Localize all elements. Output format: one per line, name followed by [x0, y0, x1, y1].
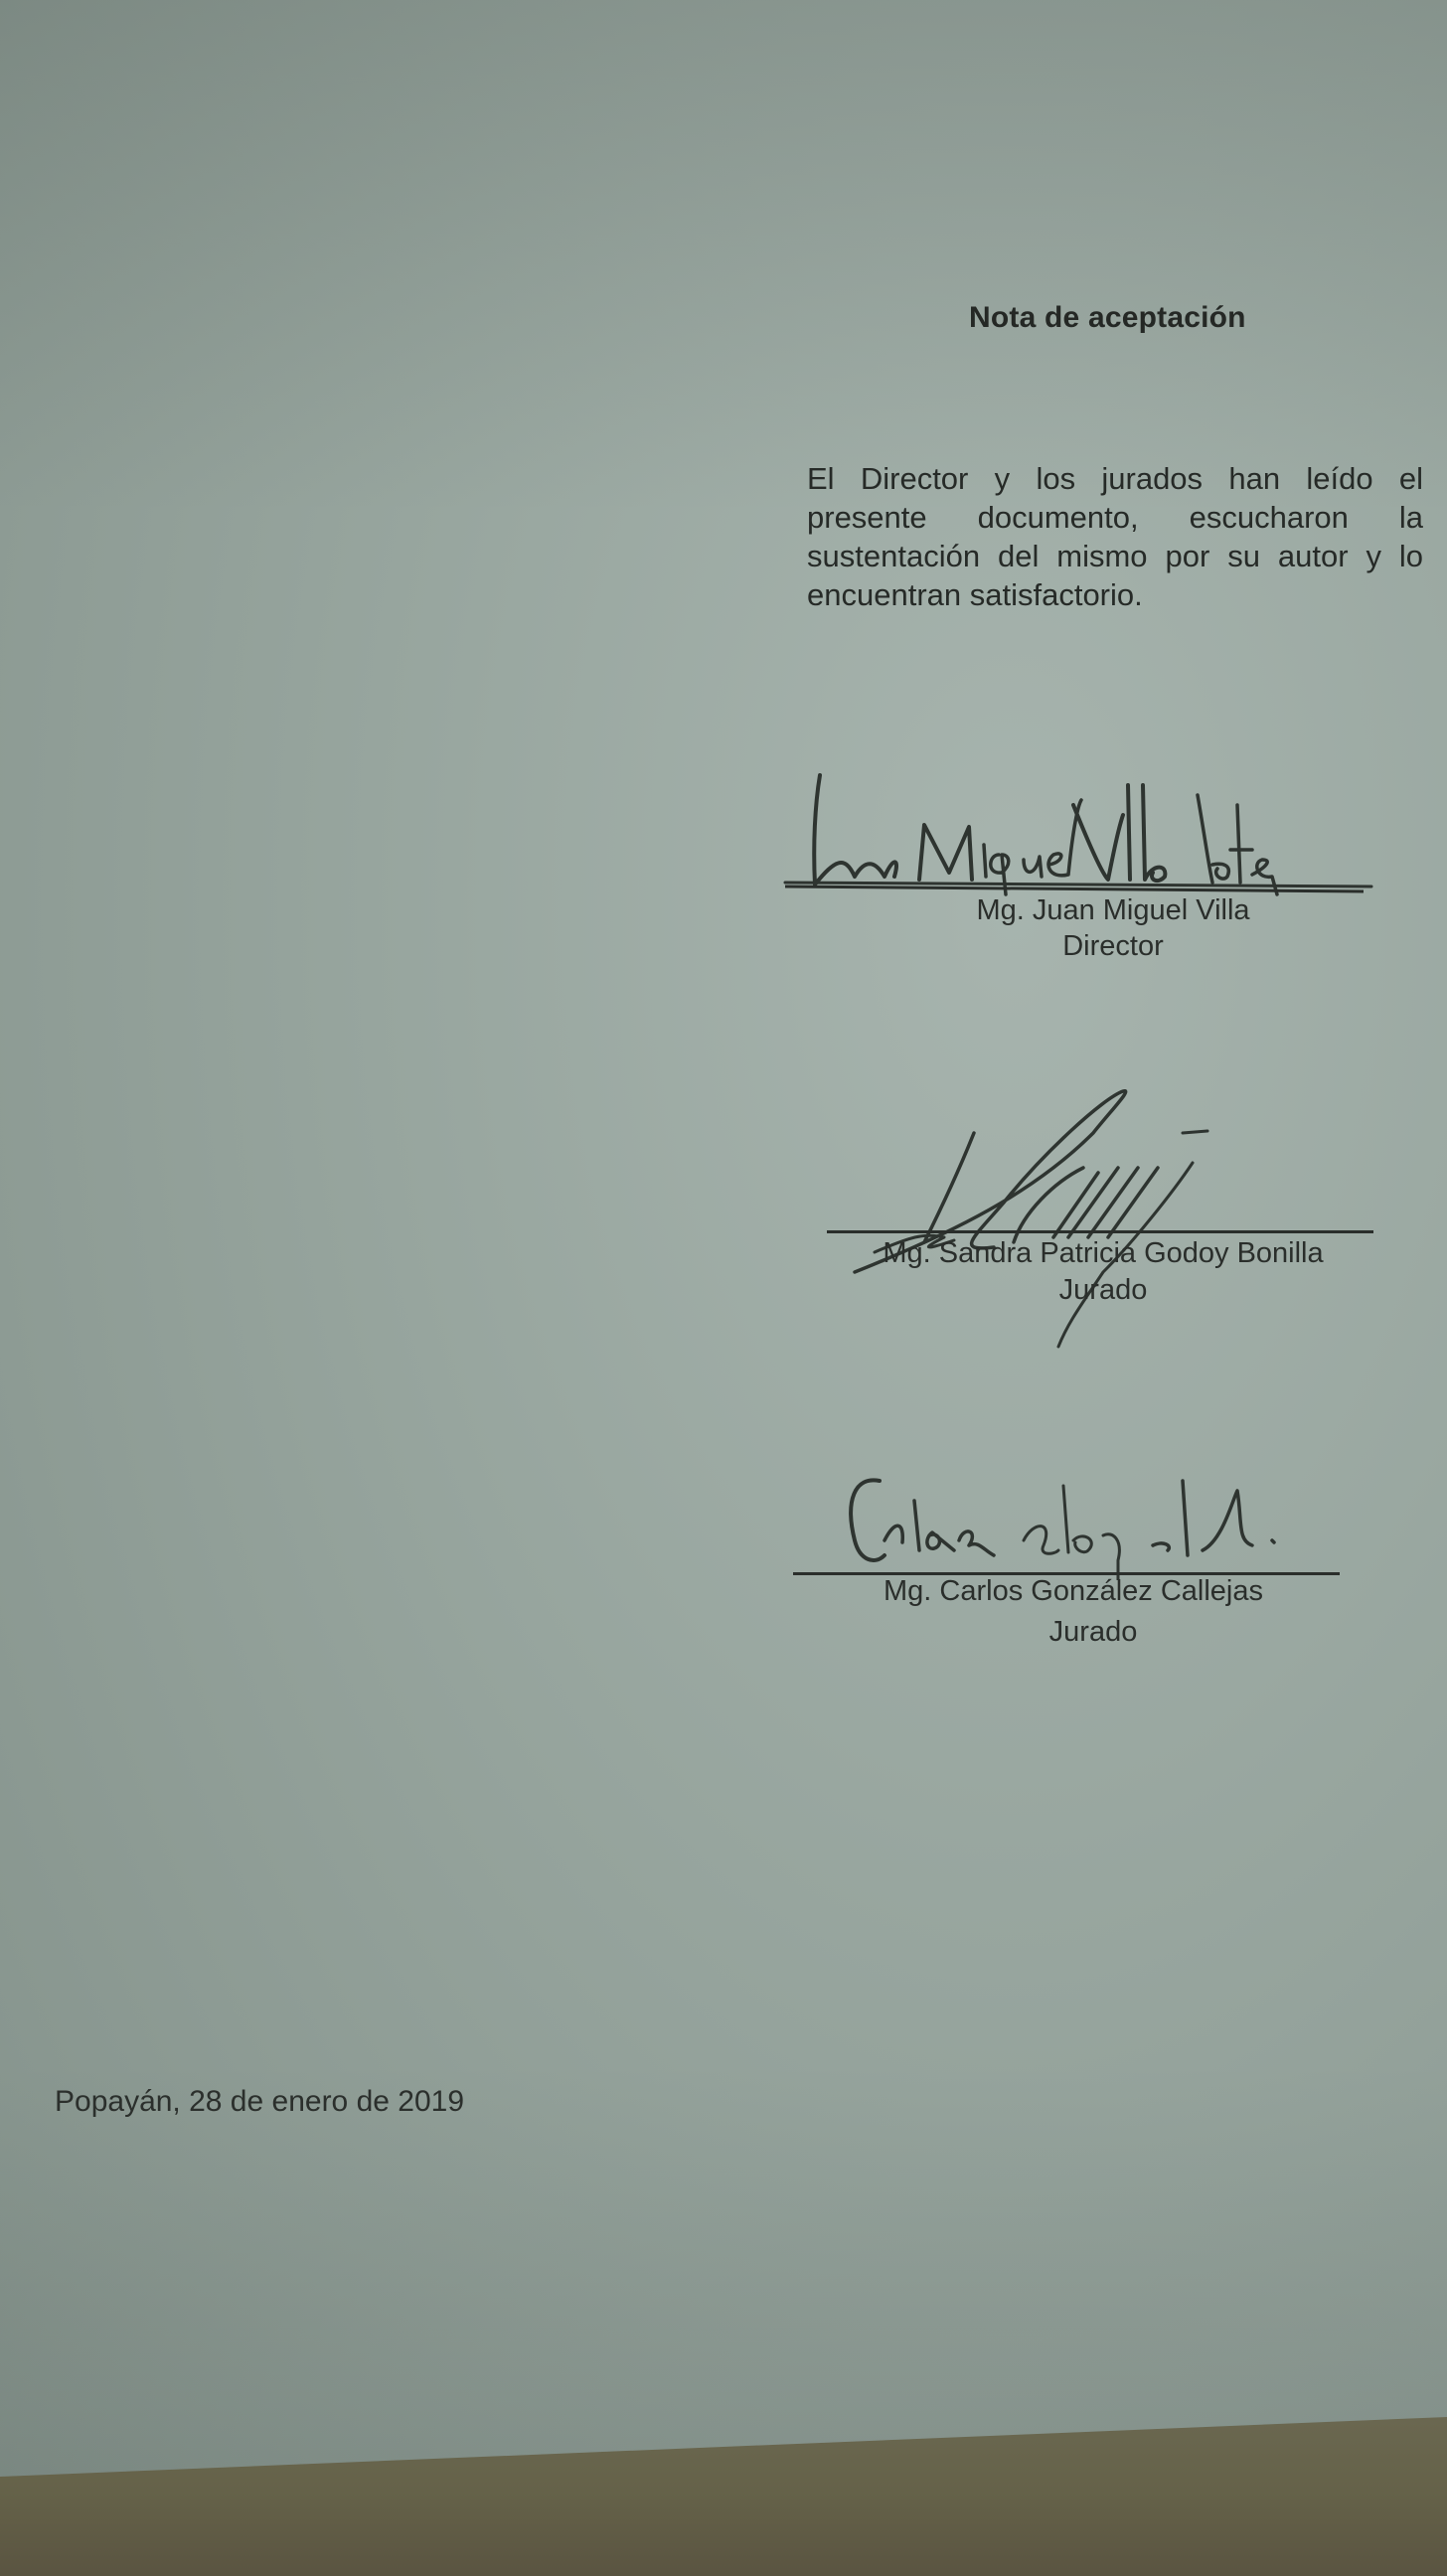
signatory-role-director: Director: [934, 930, 1292, 963]
page-title: Nota de aceptación: [969, 301, 1246, 335]
signatory-name-jurado-1: Mg. Sandra Patricia Godoy Bonilla: [835, 1237, 1371, 1270]
signature-jurado-1: [815, 1073, 1391, 1352]
place-and-date: Popayán, 28 de enero de 2019: [55, 2085, 464, 2119]
signatory-role-jurado-1: Jurado: [934, 1274, 1272, 1307]
signature-jurado-2: [785, 1461, 1381, 1580]
paper-sheet: Nota de aceptación El Director y los jur…: [0, 0, 1447, 2576]
acceptance-statement: El Director y los jurados han leído el p…: [807, 459, 1423, 614]
signature-line-jurado-1: [827, 1230, 1373, 1233]
signatory-name-jurado-2: Mg. Carlos González Callejas: [865, 1575, 1282, 1608]
signature-director: [775, 765, 1391, 904]
signatory-name-director: Mg. Juan Miguel Villa: [934, 894, 1292, 927]
signatory-role-jurado-2: Jurado: [944, 1616, 1242, 1649]
